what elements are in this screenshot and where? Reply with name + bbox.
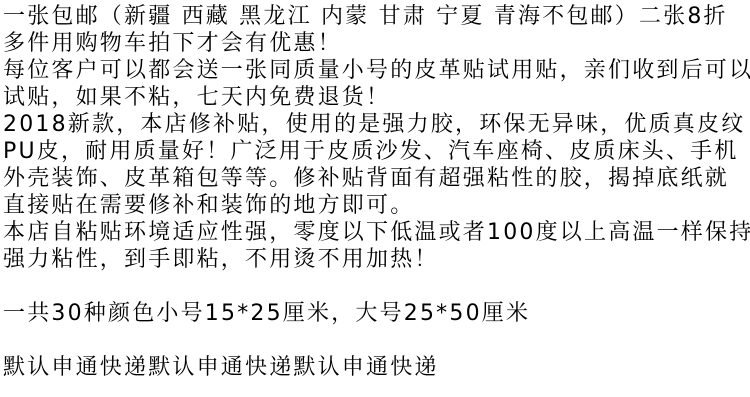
usage-instructions-end-line: 直接贴在需要修补和装饰的地方即可。 bbox=[3, 192, 750, 219]
sizes-line: 一共30种颜色小号15*25厘米，大号25*50厘米 bbox=[3, 300, 750, 327]
spacer bbox=[3, 327, 750, 354]
temperature-resistance-line: 本店自粘贴环境适应性强，零度以下低温或者100度以上高温一样保持 bbox=[3, 219, 750, 246]
product-intro-line: 2018新款，本店修补贴，使用的是强力胶，环保无异味，优质真皮纹 bbox=[3, 111, 750, 138]
usage-instructions-line: 外壳装饰、皮革箱包等等。修补贴背面有超强粘性的胶，揭掉底纸就 bbox=[3, 165, 750, 192]
free-sample-line: 每位客户可以都会送一张同质量小号的皮革贴试用贴，亲们收到后可以 bbox=[3, 57, 750, 84]
material-usage-line: PU皮，耐用质量好！广泛用于皮质沙发、汽车座椅、皮质床头、手机 bbox=[3, 138, 750, 165]
courier-line: 默认申通快递默认申通快递默认申通快递 bbox=[3, 354, 750, 381]
adhesion-line: 强力粘性，到手即粘，不用烫不用加热！ bbox=[3, 246, 750, 273]
shipping-policy-line: 一张包邮（新疆 西藏 黑龙江 内蒙 甘肃 宁夏 青海不包邮）二张8折 bbox=[3, 3, 750, 30]
product-description: 一张包邮（新疆 西藏 黑龙江 内蒙 甘肃 宁夏 青海不包邮）二张8折 多件用购物… bbox=[3, 3, 750, 381]
spacer bbox=[3, 273, 750, 300]
return-policy-line: 试贴，如果不粘，七天内免费退货！ bbox=[3, 84, 750, 111]
cart-discount-line: 多件用购物车拍下才会有优惠！ bbox=[3, 30, 750, 57]
